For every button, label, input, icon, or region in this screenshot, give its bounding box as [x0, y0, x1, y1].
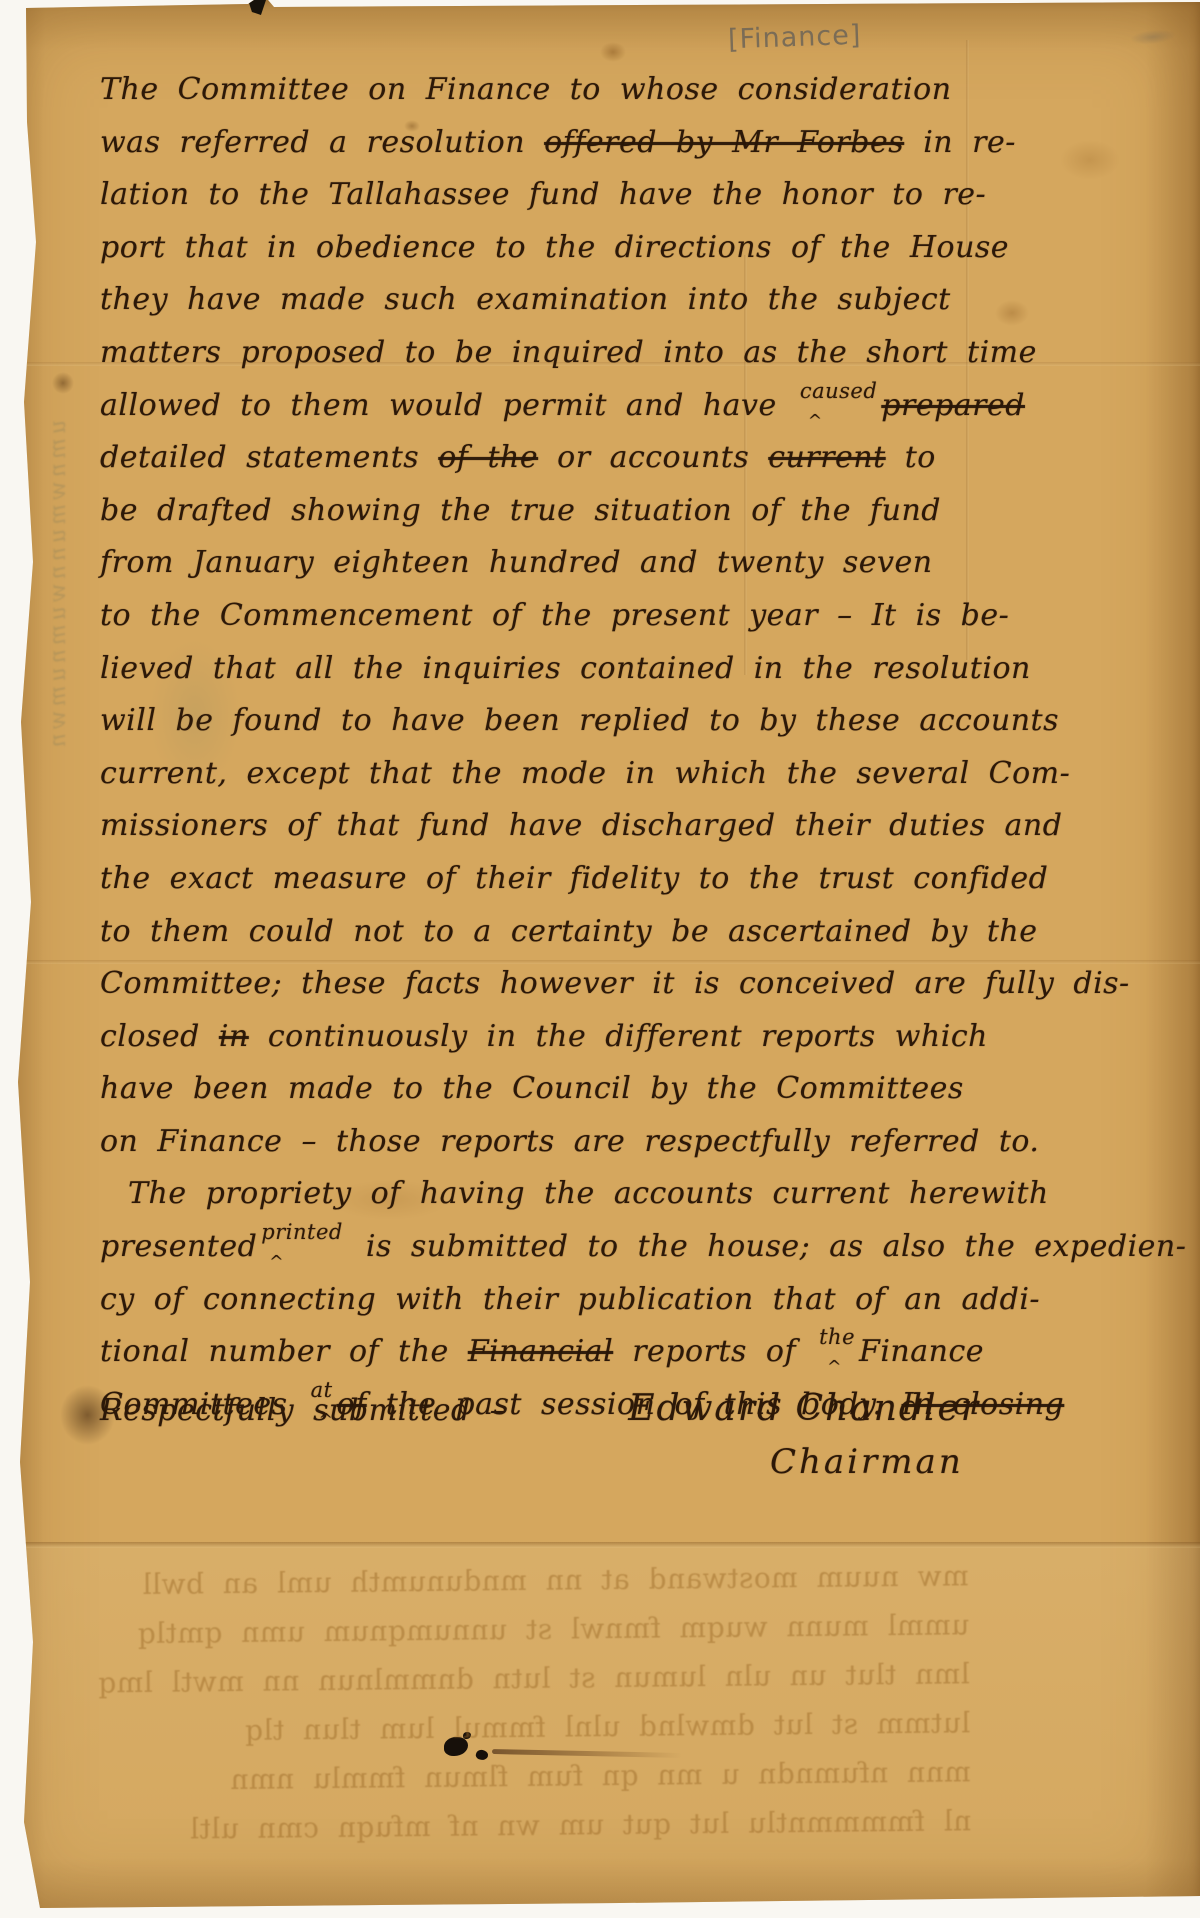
signature-name: Edward Chandler	[628, 1388, 980, 1429]
text-line: to the Commencement of the present year …	[100, 590, 980, 643]
text-line: have been made to the Council by the Com…	[100, 1063, 980, 1116]
text-line: Committee; these facts however it is con…	[100, 958, 980, 1011]
bleedthrough-text: mw nuum mostwand at nn mndunumth uml an …	[68, 1551, 971, 1854]
text-line: tional number of the Financial reports o…	[100, 1326, 980, 1379]
text-line: presentedprinted^ is submitted to the ho…	[100, 1221, 980, 1274]
paper-stain	[995, 300, 1029, 326]
text-line: they have made such examination into the…	[100, 274, 980, 327]
text-line: port that in obedience to the directions…	[100, 222, 980, 275]
text-line: will be found to have been replied to by…	[100, 695, 980, 748]
text-line: be drafted showing the true situation of…	[100, 485, 980, 538]
manuscript-paper: [Finance] The Committee on Finance to wh…	[0, 0, 1200, 1918]
pencil-smudge	[1129, 28, 1176, 47]
bleedthrough-line: nl fmmmmntlu lut qut um wn nf mfuqn cmn …	[71, 1796, 971, 1854]
text-line: The Committee on Finance to whose consid…	[100, 64, 980, 117]
paper-stain	[52, 372, 74, 394]
text-line: matters proposed to be inquired into as …	[100, 327, 980, 380]
scanned-document-page: { "annotation": { "label": "[Finance]" }…	[0, 0, 1200, 1918]
pencil-annotation-finance: [Finance]	[727, 20, 861, 56]
text-line: closed in continuously in the different …	[100, 1011, 980, 1064]
paper-edge-notch	[248, 0, 266, 15]
paper-stain	[600, 42, 626, 62]
closing-text: Respectfully submitted –	[100, 1393, 505, 1428]
closing-row: Respectfully submitted – Edward Chandler	[100, 1388, 980, 1429]
text-line: cy of connecting with their publication …	[100, 1274, 980, 1327]
text-line: lation to the Tallahassee fund have the …	[100, 169, 980, 222]
text-line: on Finance – those reports are respectfu…	[100, 1116, 980, 1169]
manuscript-lines: The Committee on Finance to whose consid…	[100, 64, 980, 1431]
paper-stain	[1060, 140, 1120, 180]
text-line: detailed statements of the or accounts c…	[100, 432, 980, 485]
fold-crease-bottom	[0, 1542, 1200, 1548]
text-line: to them could not to a certainty be asce…	[100, 906, 980, 959]
text-line: from January eighteen hundred and twenty…	[100, 537, 980, 590]
bleedthrough-margin: umnwmunnwumnumwn	[46, 420, 116, 750]
text-line: allowed to them would permit and have ca…	[100, 380, 980, 433]
text-line: the exact measure of their fidelity to t…	[100, 853, 980, 906]
text-line: current, except that the mode in which t…	[100, 748, 980, 801]
text-line: was referred a resolution offered by Mr …	[100, 117, 980, 170]
text-line: The propriety of having the accounts cur…	[100, 1168, 980, 1221]
signature-title: Chairman	[770, 1442, 964, 1482]
text-line: lieved that all the inquiries contained …	[100, 643, 980, 696]
text-line: missioners of that fund have discharged …	[100, 800, 980, 853]
